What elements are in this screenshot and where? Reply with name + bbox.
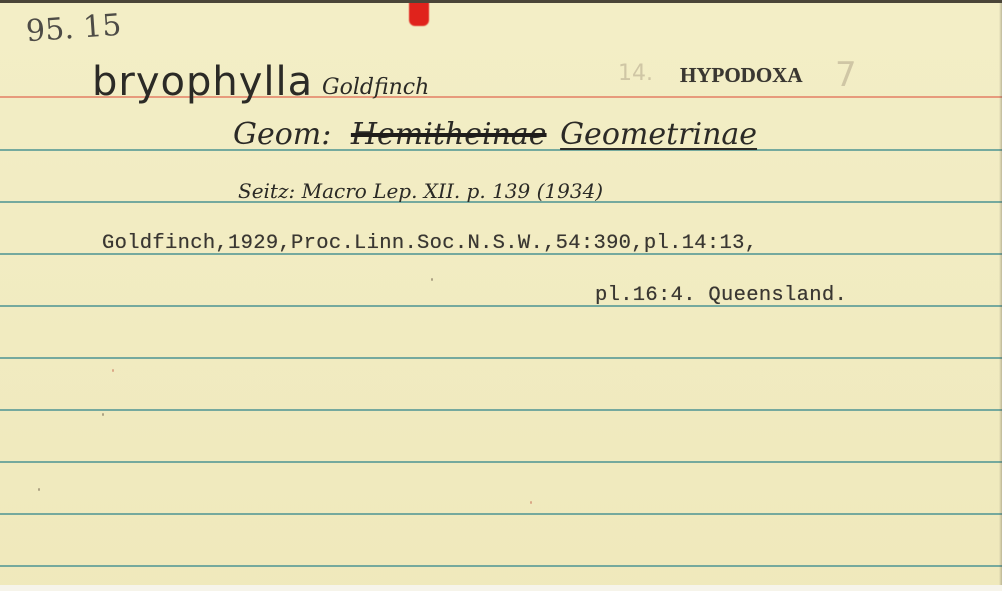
family-struck: Hemitheinae	[351, 117, 547, 152]
family-label: Geom:	[233, 117, 331, 152]
citation-line-2: pl.16:4. Queensland.	[595, 284, 847, 307]
catalog-number: 95. 15	[25, 8, 123, 50]
blue-rule	[0, 305, 1002, 307]
citation-line-1: Goldfinch,1929,Proc.Linn.Soc.N.S.W.,54:3…	[102, 232, 757, 255]
paper-speck	[38, 488, 40, 491]
faint-mark-left: 14.	[618, 61, 653, 86]
species-name: bryophylla	[92, 59, 313, 105]
blue-rule	[0, 357, 1002, 359]
faint-mark-right: 7	[835, 55, 857, 95]
blue-rule	[0, 409, 1002, 411]
species-author: Goldfinch	[322, 75, 429, 100]
family-current: Geometrinae	[560, 117, 757, 152]
blue-rule	[0, 513, 1002, 515]
blue-rule	[0, 565, 1002, 567]
index-card: 95. 15 14. 7 HYPODOXA bryophylla Goldfin…	[0, 0, 1002, 585]
paper-speck	[431, 278, 433, 281]
paper-speck	[112, 369, 114, 372]
family-line: Geom: Hemitheinae Geometrinae	[233, 117, 757, 152]
red-tab-mark	[409, 0, 429, 26]
seitz-reference: Seitz: Macro Lep. XII. p. 139 (1934)	[238, 179, 603, 203]
card-bottom-edge	[0, 585, 1002, 591]
blue-rule	[0, 461, 1002, 463]
paper-speck	[102, 413, 104, 416]
paper-speck	[530, 501, 532, 504]
genus-header: HYPODOXA	[680, 63, 803, 88]
